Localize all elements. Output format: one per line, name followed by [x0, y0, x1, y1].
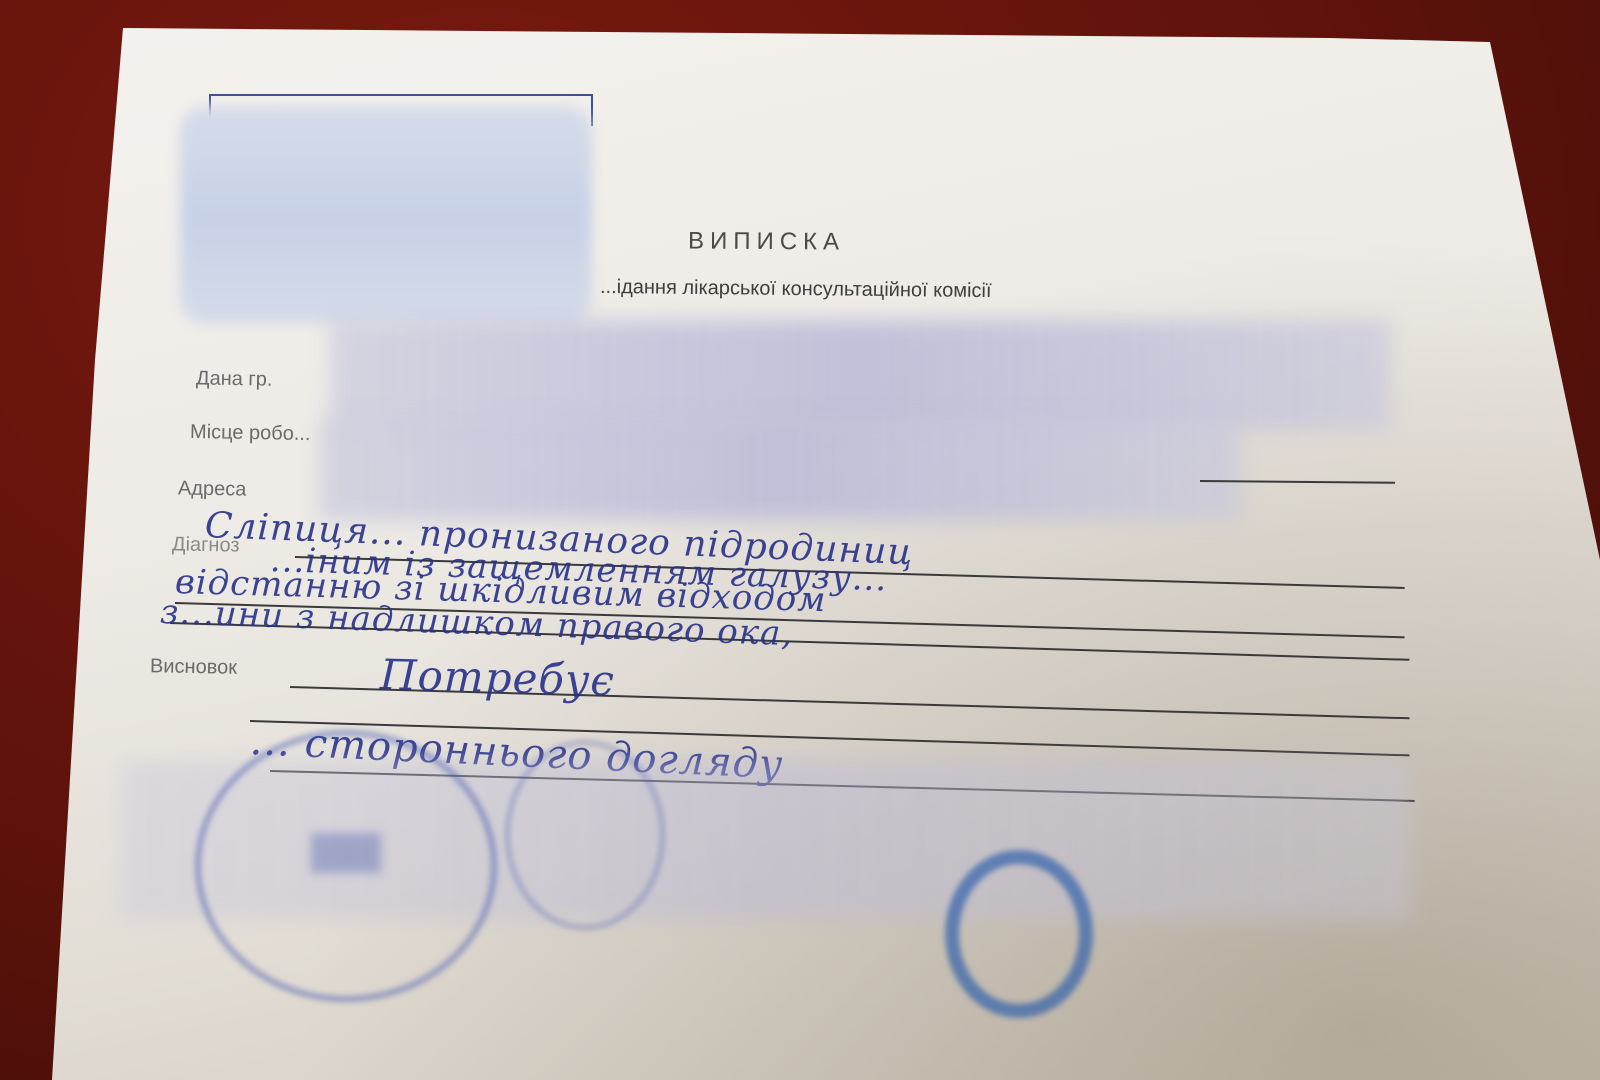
round-stamp-left	[195, 730, 497, 1002]
document-subtitle: ...ідання лікарської консультаційної ком…	[600, 276, 992, 303]
field-label-conclusion: Висновок	[150, 655, 237, 680]
document-title: ВИПИСКА	[688, 227, 845, 256]
handwriting-conclusion-line-1: Потребує	[379, 650, 615, 705]
round-stamp-right	[945, 850, 1093, 1018]
stamp-left-center	[311, 833, 381, 873]
redacted-header-stamp	[180, 106, 592, 324]
field-label-workplace: Місце робо...	[190, 421, 311, 446]
redacted-workplace-address	[320, 420, 1240, 520]
redacted-patient-name	[330, 320, 1390, 430]
round-stamp-small	[505, 740, 665, 930]
field-label-name: Дана гр.	[196, 367, 273, 391]
field-label-address: Адреса	[178, 477, 247, 501]
